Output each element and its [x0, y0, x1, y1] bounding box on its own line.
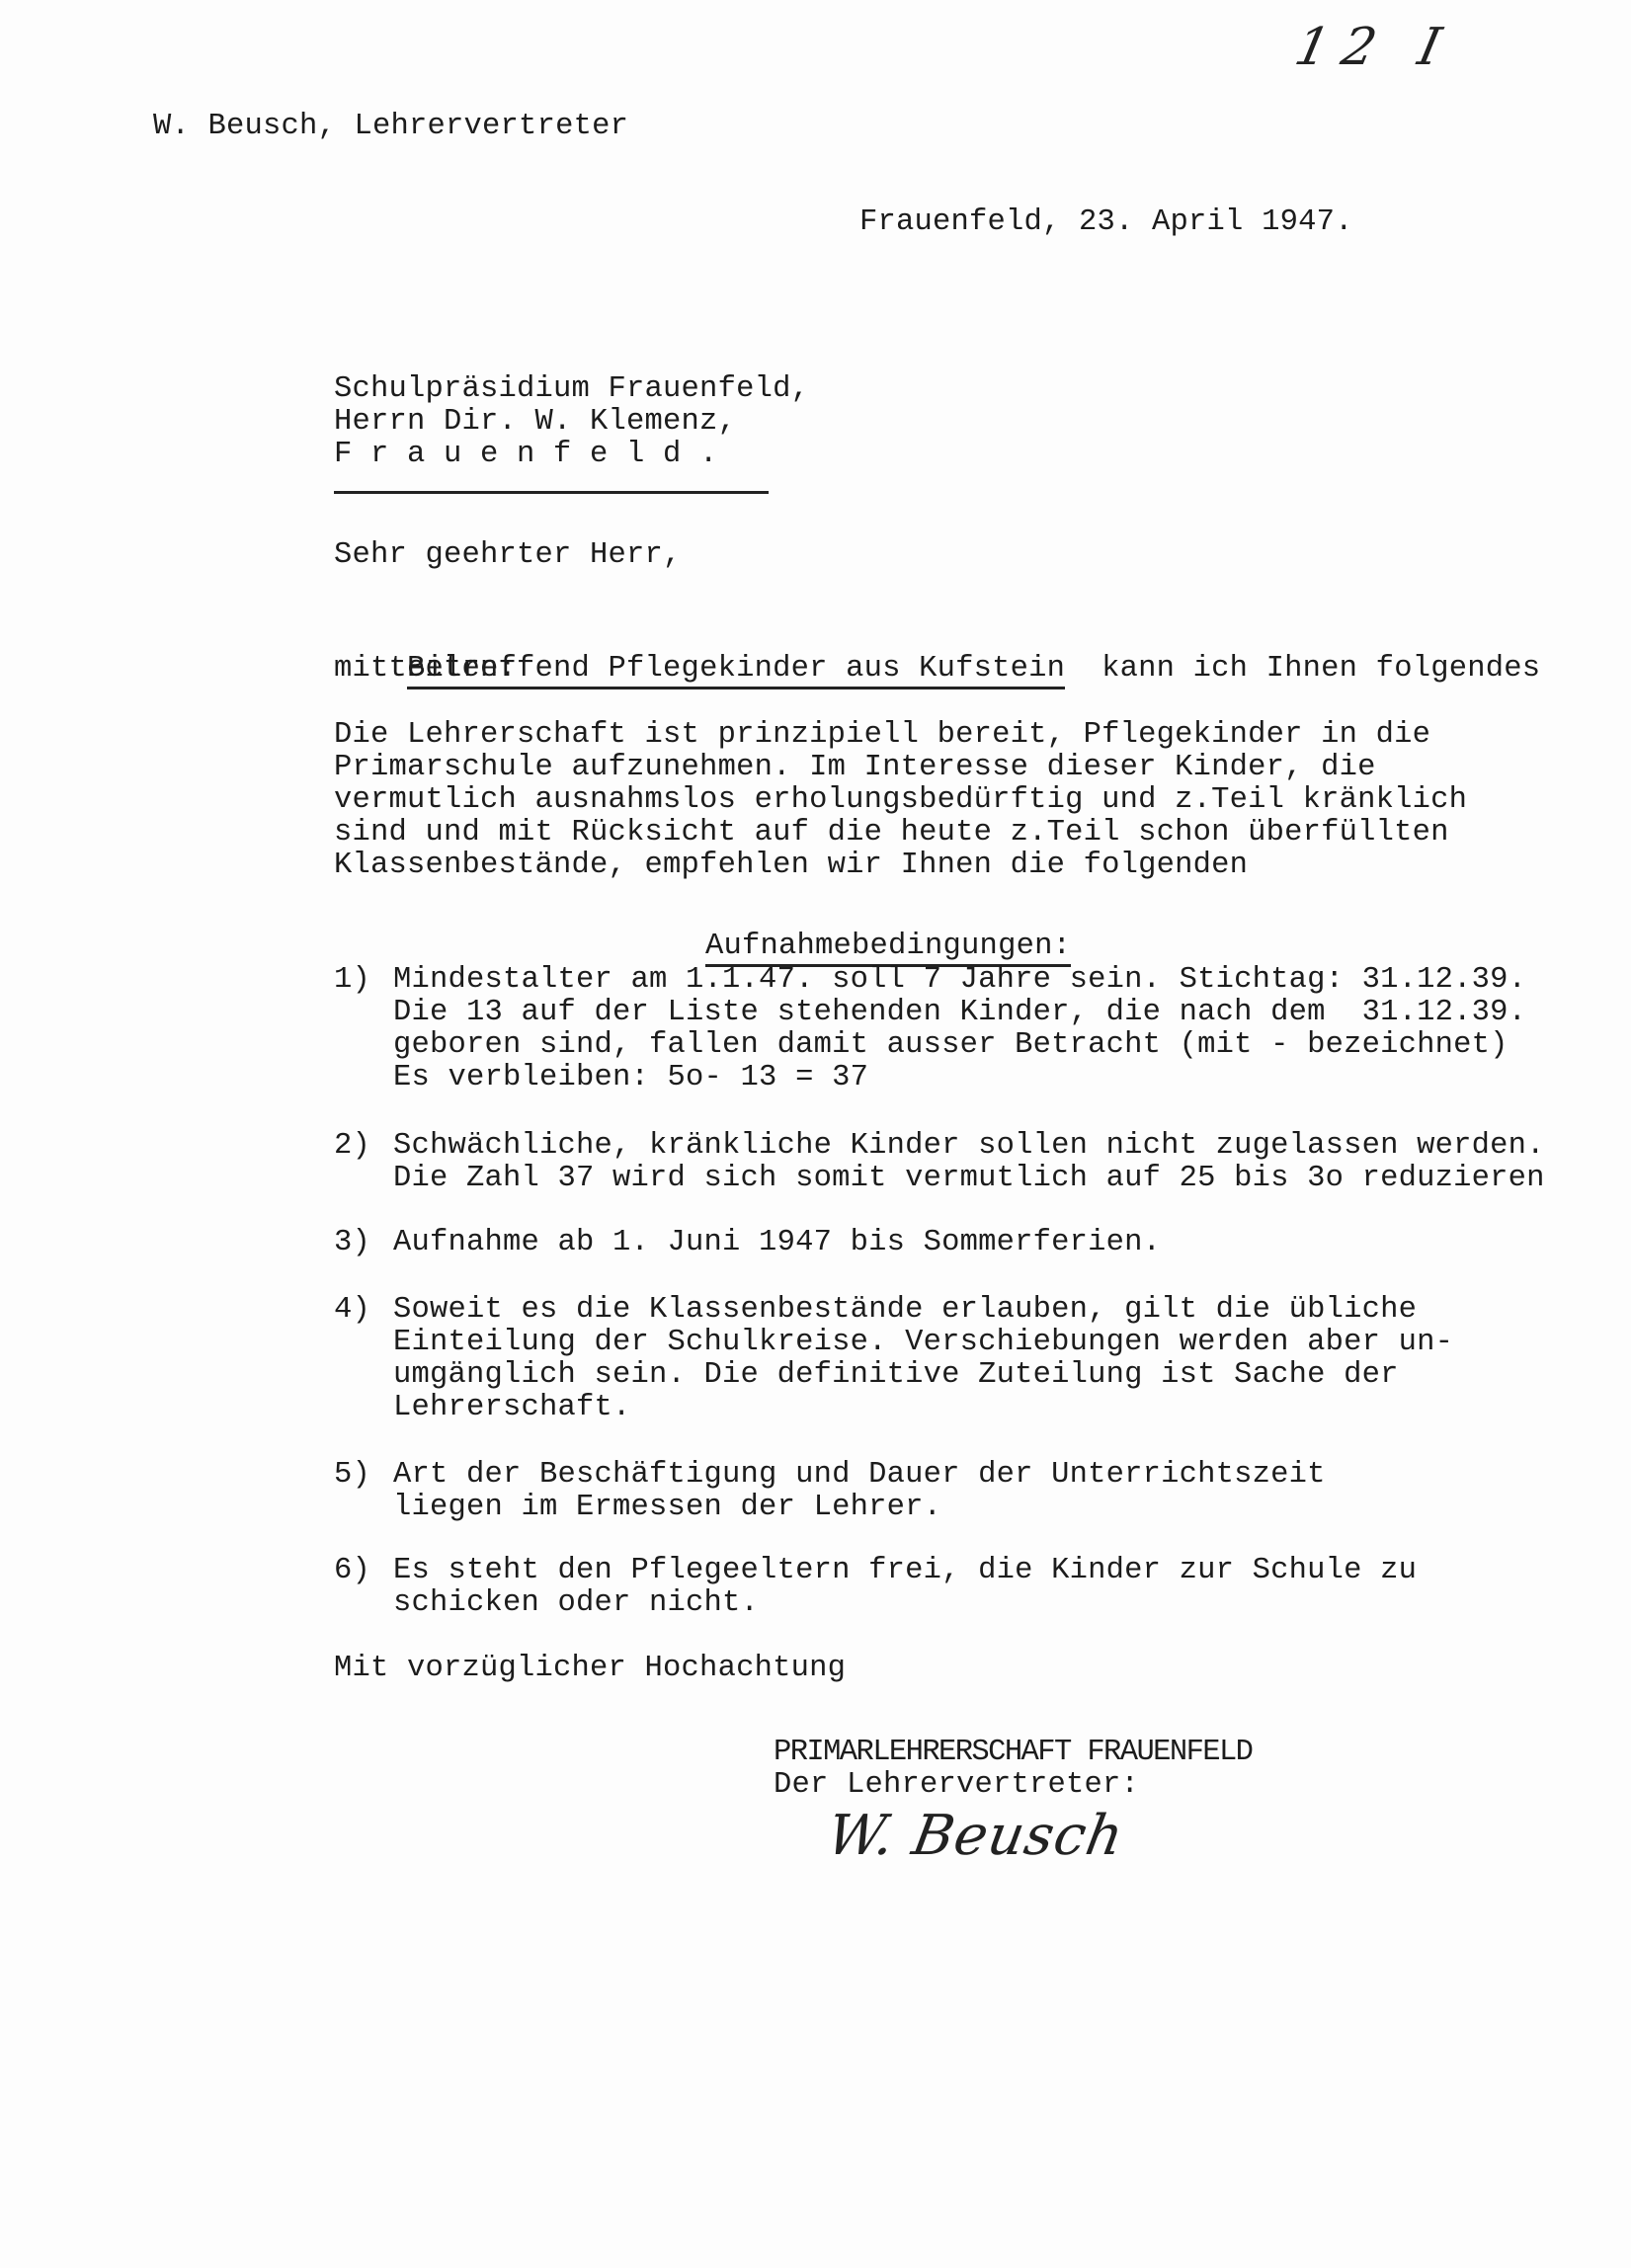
condition-number: 3) — [334, 1227, 370, 1259]
condition-line: geboren sind, fallen damit ausser Betrac… — [393, 1029, 1509, 1062]
signer-role: Der Lehrervertreter: — [774, 1769, 1139, 1802]
condition-line: schicken oder nicht. — [393, 1587, 759, 1620]
condition-line: Art der Beschäftigung und Dauer der Unte… — [393, 1459, 1326, 1492]
condition-line: Es verbleiben: 5o- 13 = 37 — [393, 1062, 868, 1094]
condition-line: Soweit es die Klassenbestände erlauben, … — [393, 1294, 1417, 1327]
condition-line: Es steht den Pflegeeltern frei, die Kind… — [393, 1555, 1417, 1587]
recipient-line-1: Schulpräsidium Frauenfeld, — [334, 373, 809, 406]
condition-line: Schwächliche, kränkliche Kinder sollen n… — [393, 1130, 1545, 1163]
organization-name: PRIMARLEHRERSCHAFT FRAUENFELD — [774, 1737, 1252, 1769]
letter-page: 12 I W. Beusch, Lehrervertreter Frauenfe… — [0, 0, 1631, 2268]
subject-continuation: mitteilen: — [334, 653, 517, 686]
condition-number: 4) — [334, 1294, 370, 1327]
condition-number: 1) — [334, 964, 370, 997]
salutation: Sehr geehrter Herr, — [334, 539, 682, 572]
condition-line: umgänglich sein. Die definitive Zuteilun… — [393, 1359, 1399, 1392]
intro-line: vermutlich ausnahmslos erholungsbedürfti… — [334, 784, 1467, 817]
intro-line: Klassenbestände, empfehlen wir Ihnen die… — [334, 850, 1248, 882]
intro-line: Die Lehrerschaft ist prinzipiell bereit,… — [334, 719, 1430, 752]
place-date: Frauenfeld, 23. April 1947. — [859, 206, 1353, 239]
condition-line: Einteilung der Schulkreise. Verschiebung… — [393, 1327, 1453, 1359]
recipient-line-2: Herrn Dir. W. Klemenz, — [334, 406, 736, 439]
subject-rest: kann ich Ihnen folgendes — [1101, 652, 1540, 686]
condition-line: Mindestalter am 1.1.47. soll 7 Jahre sei… — [393, 964, 1526, 997]
handwritten-signature: W. Beusch — [822, 1804, 1128, 1868]
condition-number: 5) — [334, 1459, 370, 1492]
archive-mark: 12 I — [1290, 18, 1460, 77]
condition-line: Lehrerschaft. — [393, 1392, 631, 1424]
recipient-underline — [334, 491, 769, 494]
condition-line: Die 13 auf der Liste stehenden Kinder, d… — [393, 997, 1526, 1029]
condition-line: liegen im Ermessen der Lehrer. — [393, 1492, 941, 1524]
condition-number: 2) — [334, 1130, 370, 1163]
closing: Mit vorzüglicher Hochachtung — [334, 1653, 846, 1685]
intro-line: Primarschule aufzunehmen. Im Interesse d… — [334, 752, 1376, 784]
condition-number: 6) — [334, 1555, 370, 1587]
condition-line: Die Zahl 37 wird sich somit vermutlich a… — [393, 1163, 1545, 1195]
recipient-line-3: F r a u e n f e l d . — [334, 439, 718, 471]
condition-line: Aufnahme ab 1. Juni 1947 bis Sommerferie… — [393, 1227, 1161, 1259]
sender-line: W. Beusch, Lehrervertreter — [153, 111, 628, 143]
intro-line: sind und mit Rücksicht auf die heute z.T… — [334, 817, 1449, 850]
